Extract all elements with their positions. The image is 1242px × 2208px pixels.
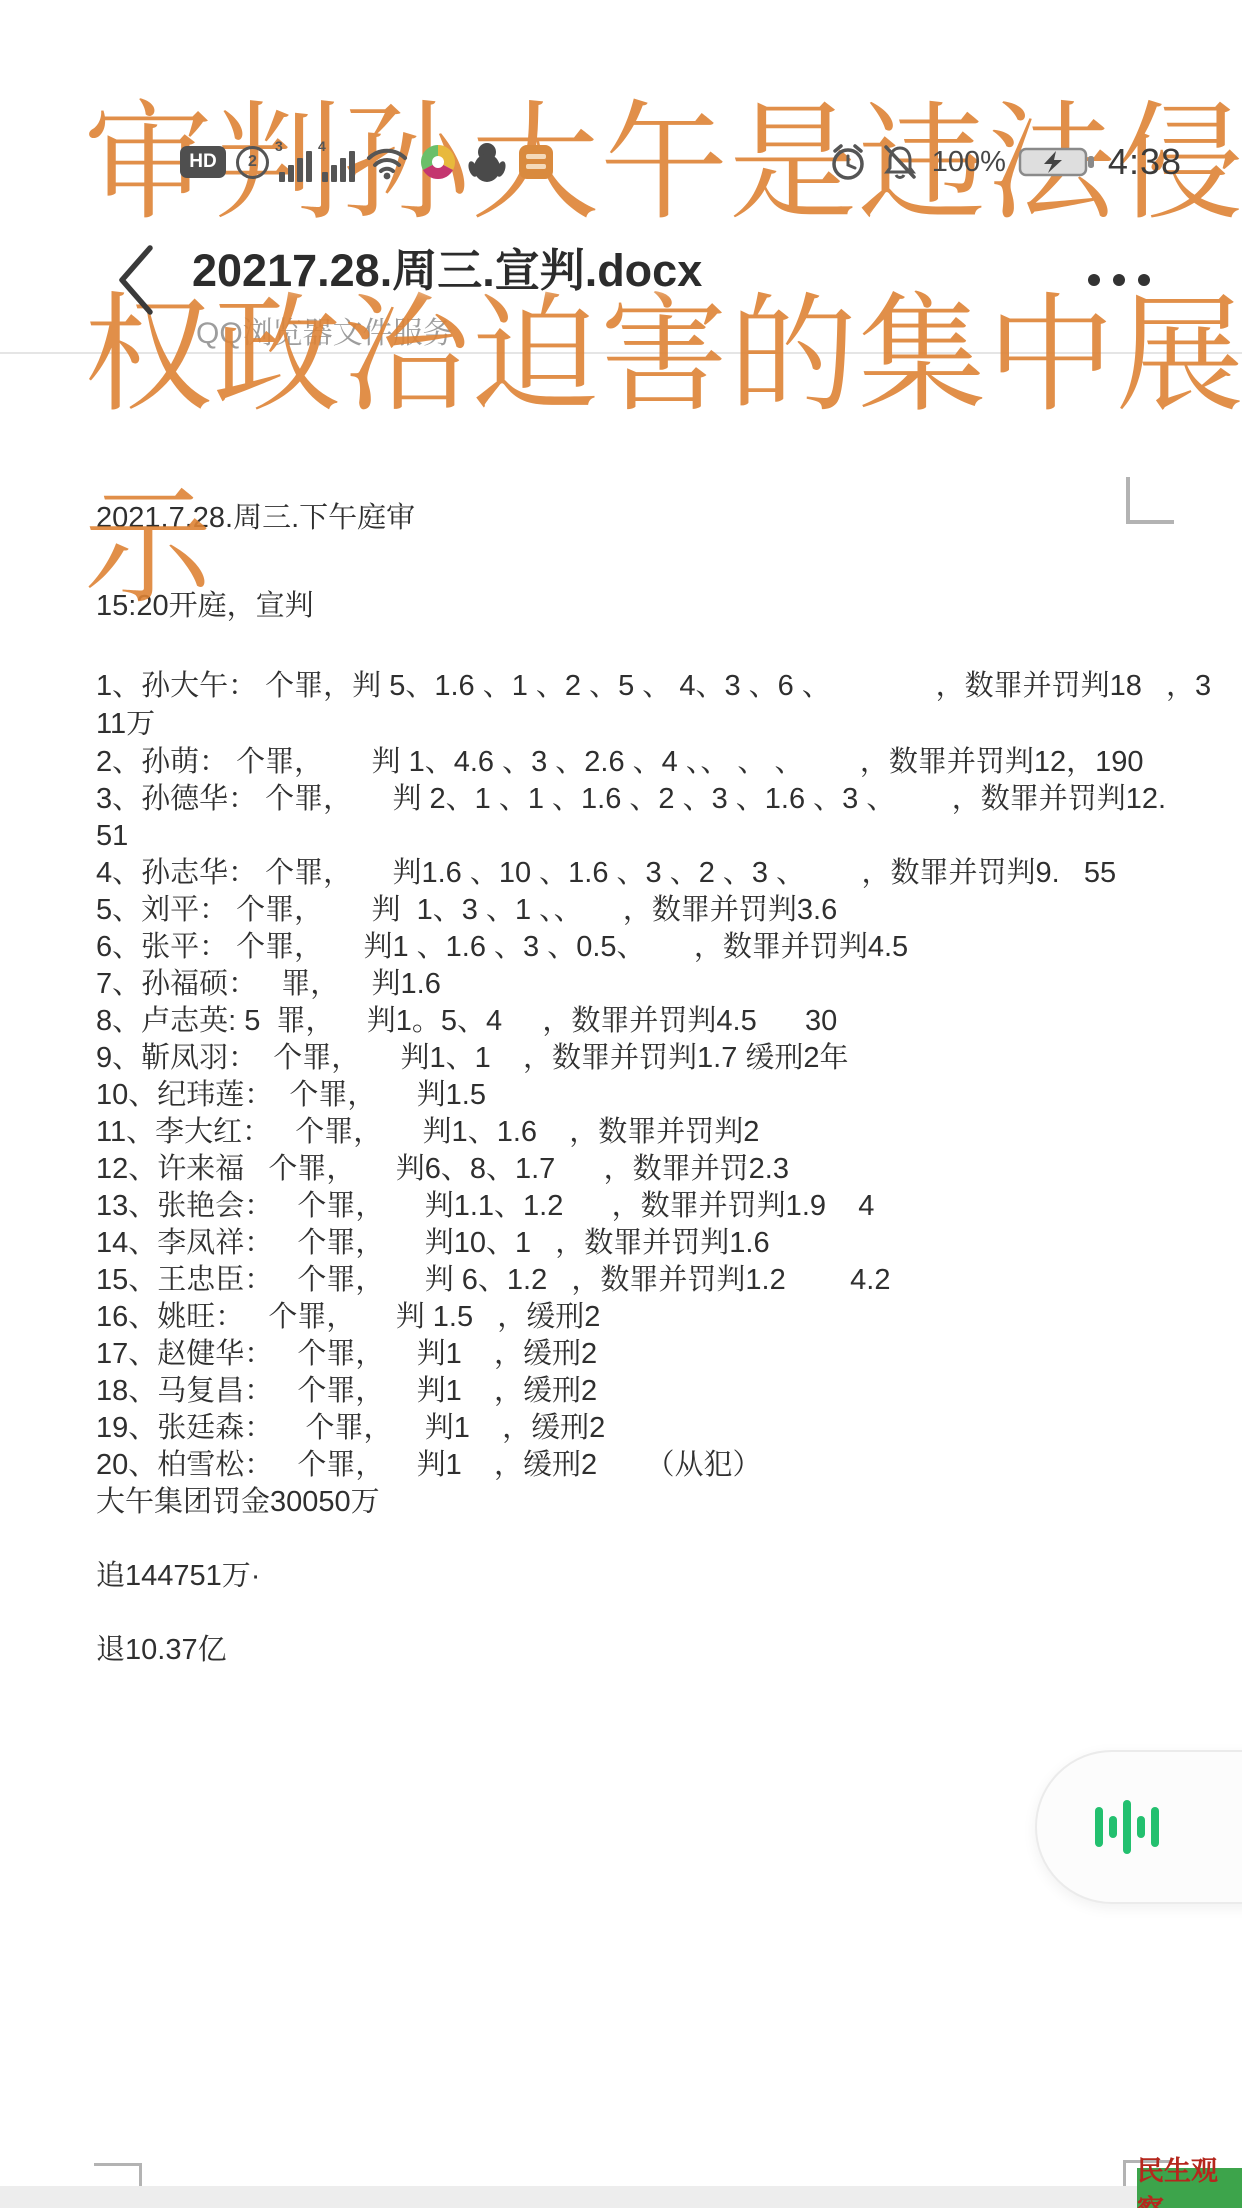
document-line: 6、张平： 个罪， 判1 、1.6 、3 、0.5、 ，数罪并罚判4.5 <box>96 929 908 966</box>
file-source-subtitle: QQ浏览器文件服务 <box>196 308 453 352</box>
document-line: 2、孙萌： 个罪， 判 1、4.6 、3 、2.6 、4 、、 、 、 ，数罪并… <box>96 744 1144 781</box>
document-line: 追144751万· <box>96 1558 260 1595</box>
document-line: 5、刘平： 个罪， 判 1、3 、1 、、 ，数罪并罚判3.6 <box>96 892 837 929</box>
document-line: 2021.7.28.周三.下午庭审 <box>96 500 415 537</box>
document-line: 20、柏雪松： 个罪， 判1 ，缓刑2 （从犯） <box>96 1447 762 1484</box>
page-bottom-strip <box>0 2186 1242 2208</box>
wifi-icon <box>365 144 409 180</box>
document-line: 19、张廷森： 个罪， 判1 ，缓刑2 <box>96 1410 605 1447</box>
voice-waveform-icon <box>1095 1800 1159 1854</box>
document-line: 3、孙德华： 个罪， 判 2、1 、1 、1.6 、2 、3 、1.6 、3 、… <box>96 781 1166 818</box>
document-line: 8、卢志英: 5 罪， 判1。5、4 ，数罪并罚判4.5 30 <box>96 1003 837 1040</box>
battery-percent-label: 100% <box>932 146 1006 179</box>
page-corner-mark-bottom-left <box>139 2163 142 2186</box>
page-corner-mark-bottom-left <box>94 2163 142 2166</box>
document-line: 12、许来福 个罪， 判6、8、1.7 ，数罪并罚2.3 <box>96 1151 789 1188</box>
battery-icon <box>1018 144 1096 180</box>
dot-icon <box>1088 274 1100 286</box>
document-line: 15:20开庭，宣判 <box>96 588 314 625</box>
header-divider <box>0 352 1242 354</box>
document-line: 1、孙大午： 个罪，判 5、1.6 、1 、2 、5 、 4、3 、6 、 ，数… <box>96 668 1211 705</box>
alarm-clock-icon <box>828 142 868 182</box>
dot-icon <box>1113 274 1125 286</box>
document-line: 4、孙志华： 个罪， 判1.6 、10 、1.6 、3 、2 、3 、 ，数罪并… <box>96 855 1116 892</box>
mute-bell-icon <box>880 142 920 182</box>
page-corner-mark-bottom-right <box>1123 2160 1126 2186</box>
signal-sim2-icon: 4 <box>322 142 355 182</box>
document-line: 11、李大红： 个罪， 判1、1.6 ，数罪并罚判2 <box>96 1114 759 1151</box>
app-notification-color-icon <box>419 143 457 181</box>
page-corner-mark-top-right <box>1126 477 1130 524</box>
time-label: 4:38 <box>1108 141 1182 183</box>
document-line: 7、孙福硕： 罪， 判1.6 <box>96 966 441 1003</box>
document-line: 51 <box>96 818 128 855</box>
minsheng-observer-badge: 民生观察 <box>1137 2168 1242 2208</box>
document-line: 13、张艳会： 个罪， 判1.1、1.2 ，数罪并罚判1.9 4 <box>96 1188 874 1225</box>
document-line: 11万 <box>96 706 155 743</box>
document-line: 15、王忠臣： 个罪， 判 6、1.2 ，数罪并罚判1.2 4.2 <box>96 1262 890 1299</box>
dot-icon <box>1138 274 1150 286</box>
document-line: 退10.37亿 <box>96 1632 227 1669</box>
document-line: 10、纪玮莲： 个罪， 判1.5 <box>96 1077 486 1114</box>
qq-penguin-icon <box>467 141 507 183</box>
back-button[interactable] <box>108 238 164 322</box>
hd-icon: HD <box>180 146 226 178</box>
document-line: 大午集团罚金30050万 <box>96 1484 380 1521</box>
document-line: 17、赵健华： 个罪， 判1 ，缓刑2 <box>96 1336 597 1373</box>
call-forward-icon: 2 <box>236 146 269 179</box>
document-line: 16、姚旺： 个罪， 判 1.5 ，缓刑2 <box>96 1299 600 1336</box>
read-aloud-button[interactable] <box>1035 1750 1242 1904</box>
document-line: 18、马复昌： 个罪， 判1 ，缓刑2 <box>96 1373 597 1410</box>
page-corner-mark-top-right <box>1126 520 1174 524</box>
status-bar: HD 2 3 4 <box>0 128 1242 196</box>
more-menu-button[interactable] <box>1082 268 1156 292</box>
document-line: 9、靳凤羽： 个罪， 判1、1 ，数罪并罚判1.7 缓刑2年 <box>96 1040 849 1077</box>
document-line: 14、李凤祥： 个罪， 判10、1 ，数罪并罚判1.6 <box>96 1225 770 1262</box>
app-orange-icon <box>517 143 555 181</box>
signal-sim1-icon: 3 <box>279 142 312 182</box>
file-title: 20217.28.周三.宣判.docx <box>192 234 702 299</box>
